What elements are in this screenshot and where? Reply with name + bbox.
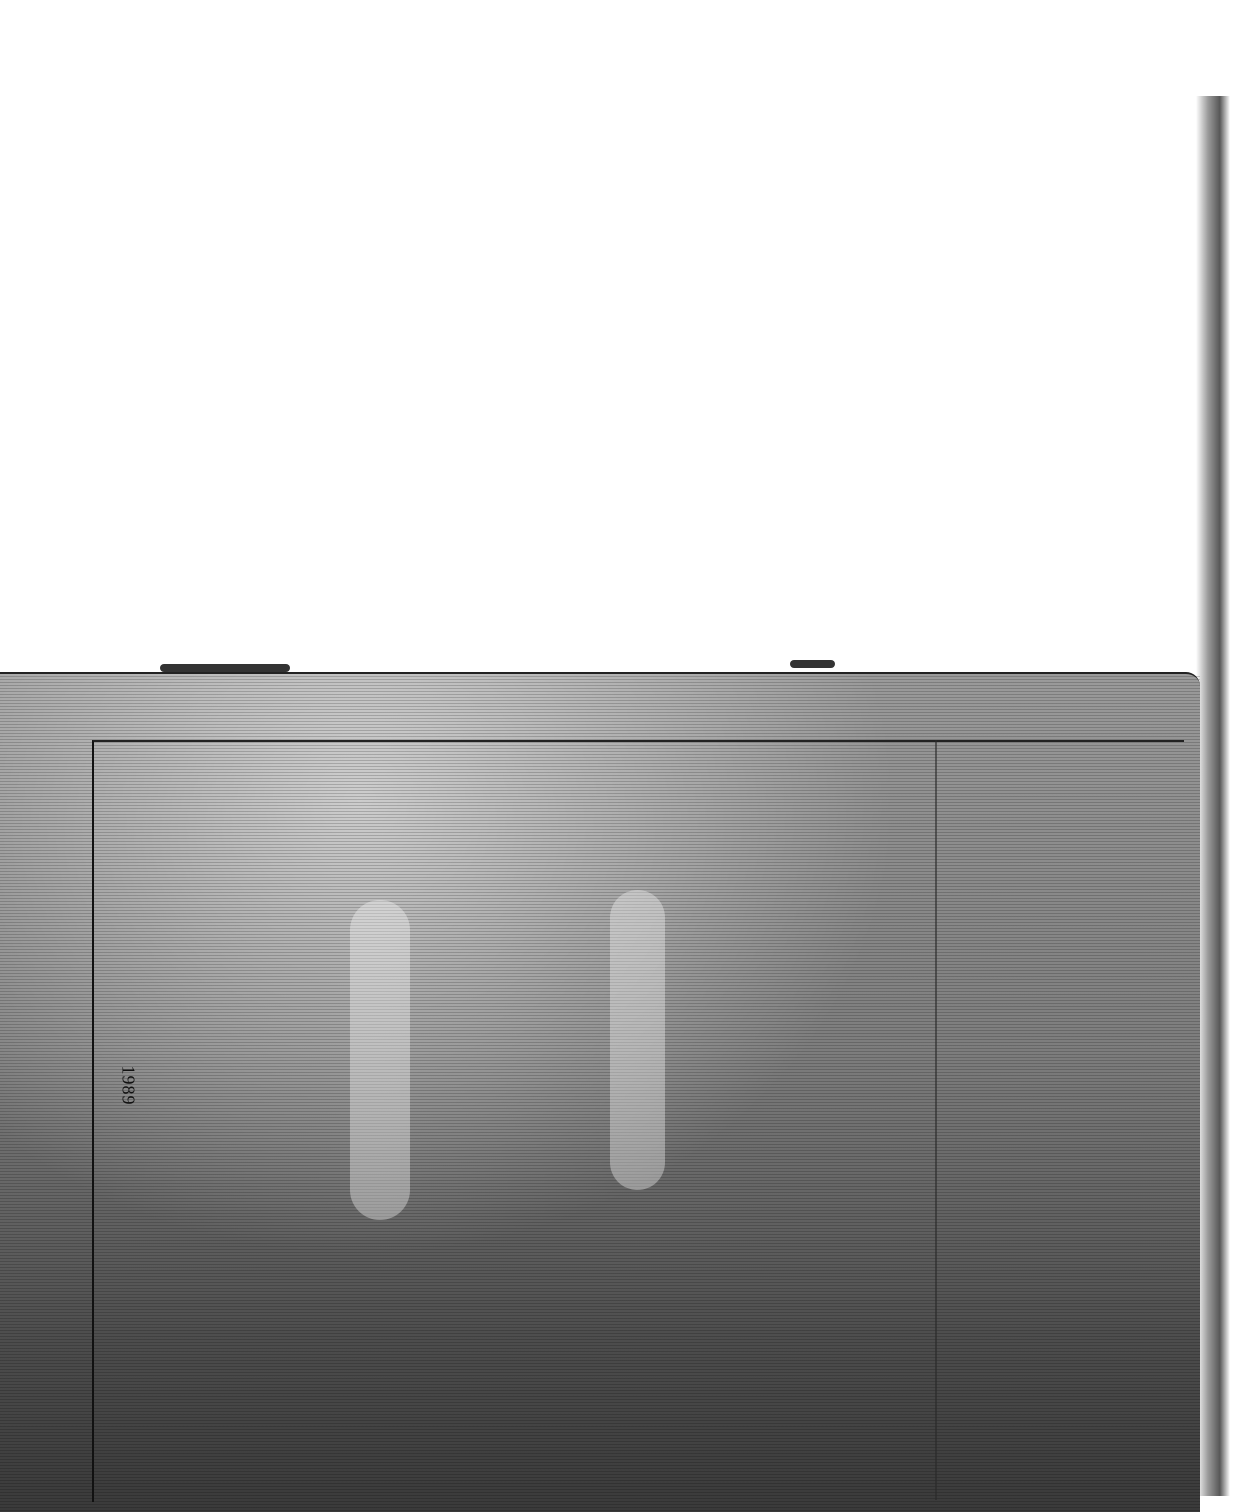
year-label: 1989 [118, 1066, 139, 1106]
cover-inner-rule [935, 740, 937, 1500]
cover-border-frame [92, 740, 1184, 1502]
tape-fragment [160, 664, 290, 672]
page-spine-shadow [1196, 96, 1230, 1496]
tape-fragment [790, 660, 835, 668]
